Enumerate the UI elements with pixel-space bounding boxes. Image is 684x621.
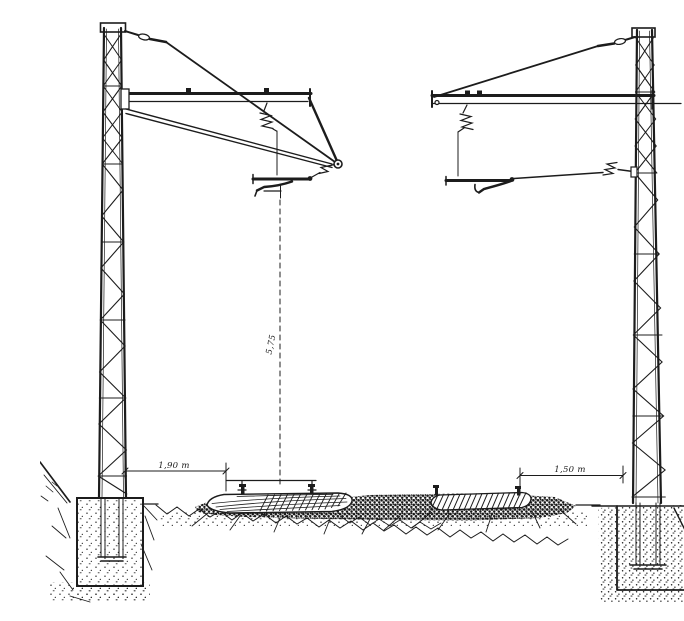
contact-height-label: 5,75 [265,334,279,356]
right-insulator [460,114,473,130]
right-steady-arm [479,181,511,193]
left-beam-bracket [121,89,129,109]
right-cantilever [432,37,681,193]
right-foundation [592,480,684,602]
left-beam-fitting [264,88,269,92]
right-steady-arm-hook [475,185,479,193]
left-insulator [260,113,273,129]
terrain-slope-left-2 [44,475,67,503]
left-arm-insulator [319,165,334,174]
right-arm-link [514,173,603,179]
left-stay-turnbuckle [138,33,150,41]
right-mast-arm-bracket [631,167,637,177]
left-foundation [46,498,157,602]
right-stay-wire [625,37,635,40]
terrain-marks-left [41,482,57,501]
left-insulator-stem-2 [273,129,277,131]
right-stay-wire-main [434,46,598,97]
left-insulator-stem [264,103,268,112]
right-stay-turnbuckle [614,38,626,45]
dim-label-right: 1,50 m [554,465,586,475]
left-beam-strut [309,98,337,161]
left-pit-dots-2 [70,587,150,601]
right-beam-fitting [465,91,470,95]
right-foundation-fill [598,505,684,602]
right-stay-rod [598,44,614,47]
dimensions: 5,75 1,90 m 1,50 m [122,200,626,495]
dim-label-left: 1,90 m [158,461,190,471]
terrain-slope-left [40,462,70,502]
left-stay-rod [150,39,166,42]
right-insulator-stem-2 [458,128,464,132]
left-foundation-block [77,498,143,586]
right-beam-fitting [477,91,482,95]
left-junction-pin [337,163,340,166]
left-steady-arm-hook [255,191,257,197]
left-steady-arm [257,182,292,191]
left-beam-fitting [186,88,191,92]
track-bed [195,484,576,521]
left-cantilever [121,31,342,198]
left-stay-wire [125,31,138,35]
right-insulator-stem [463,105,467,113]
catenary-cross-section-drawing: 5,75 1,90 m 1,50 m [40,16,684,605]
right-beam-eye [435,101,439,105]
right-arm-insulator [603,163,617,176]
right-mast [632,28,665,503]
rail [433,485,439,495]
